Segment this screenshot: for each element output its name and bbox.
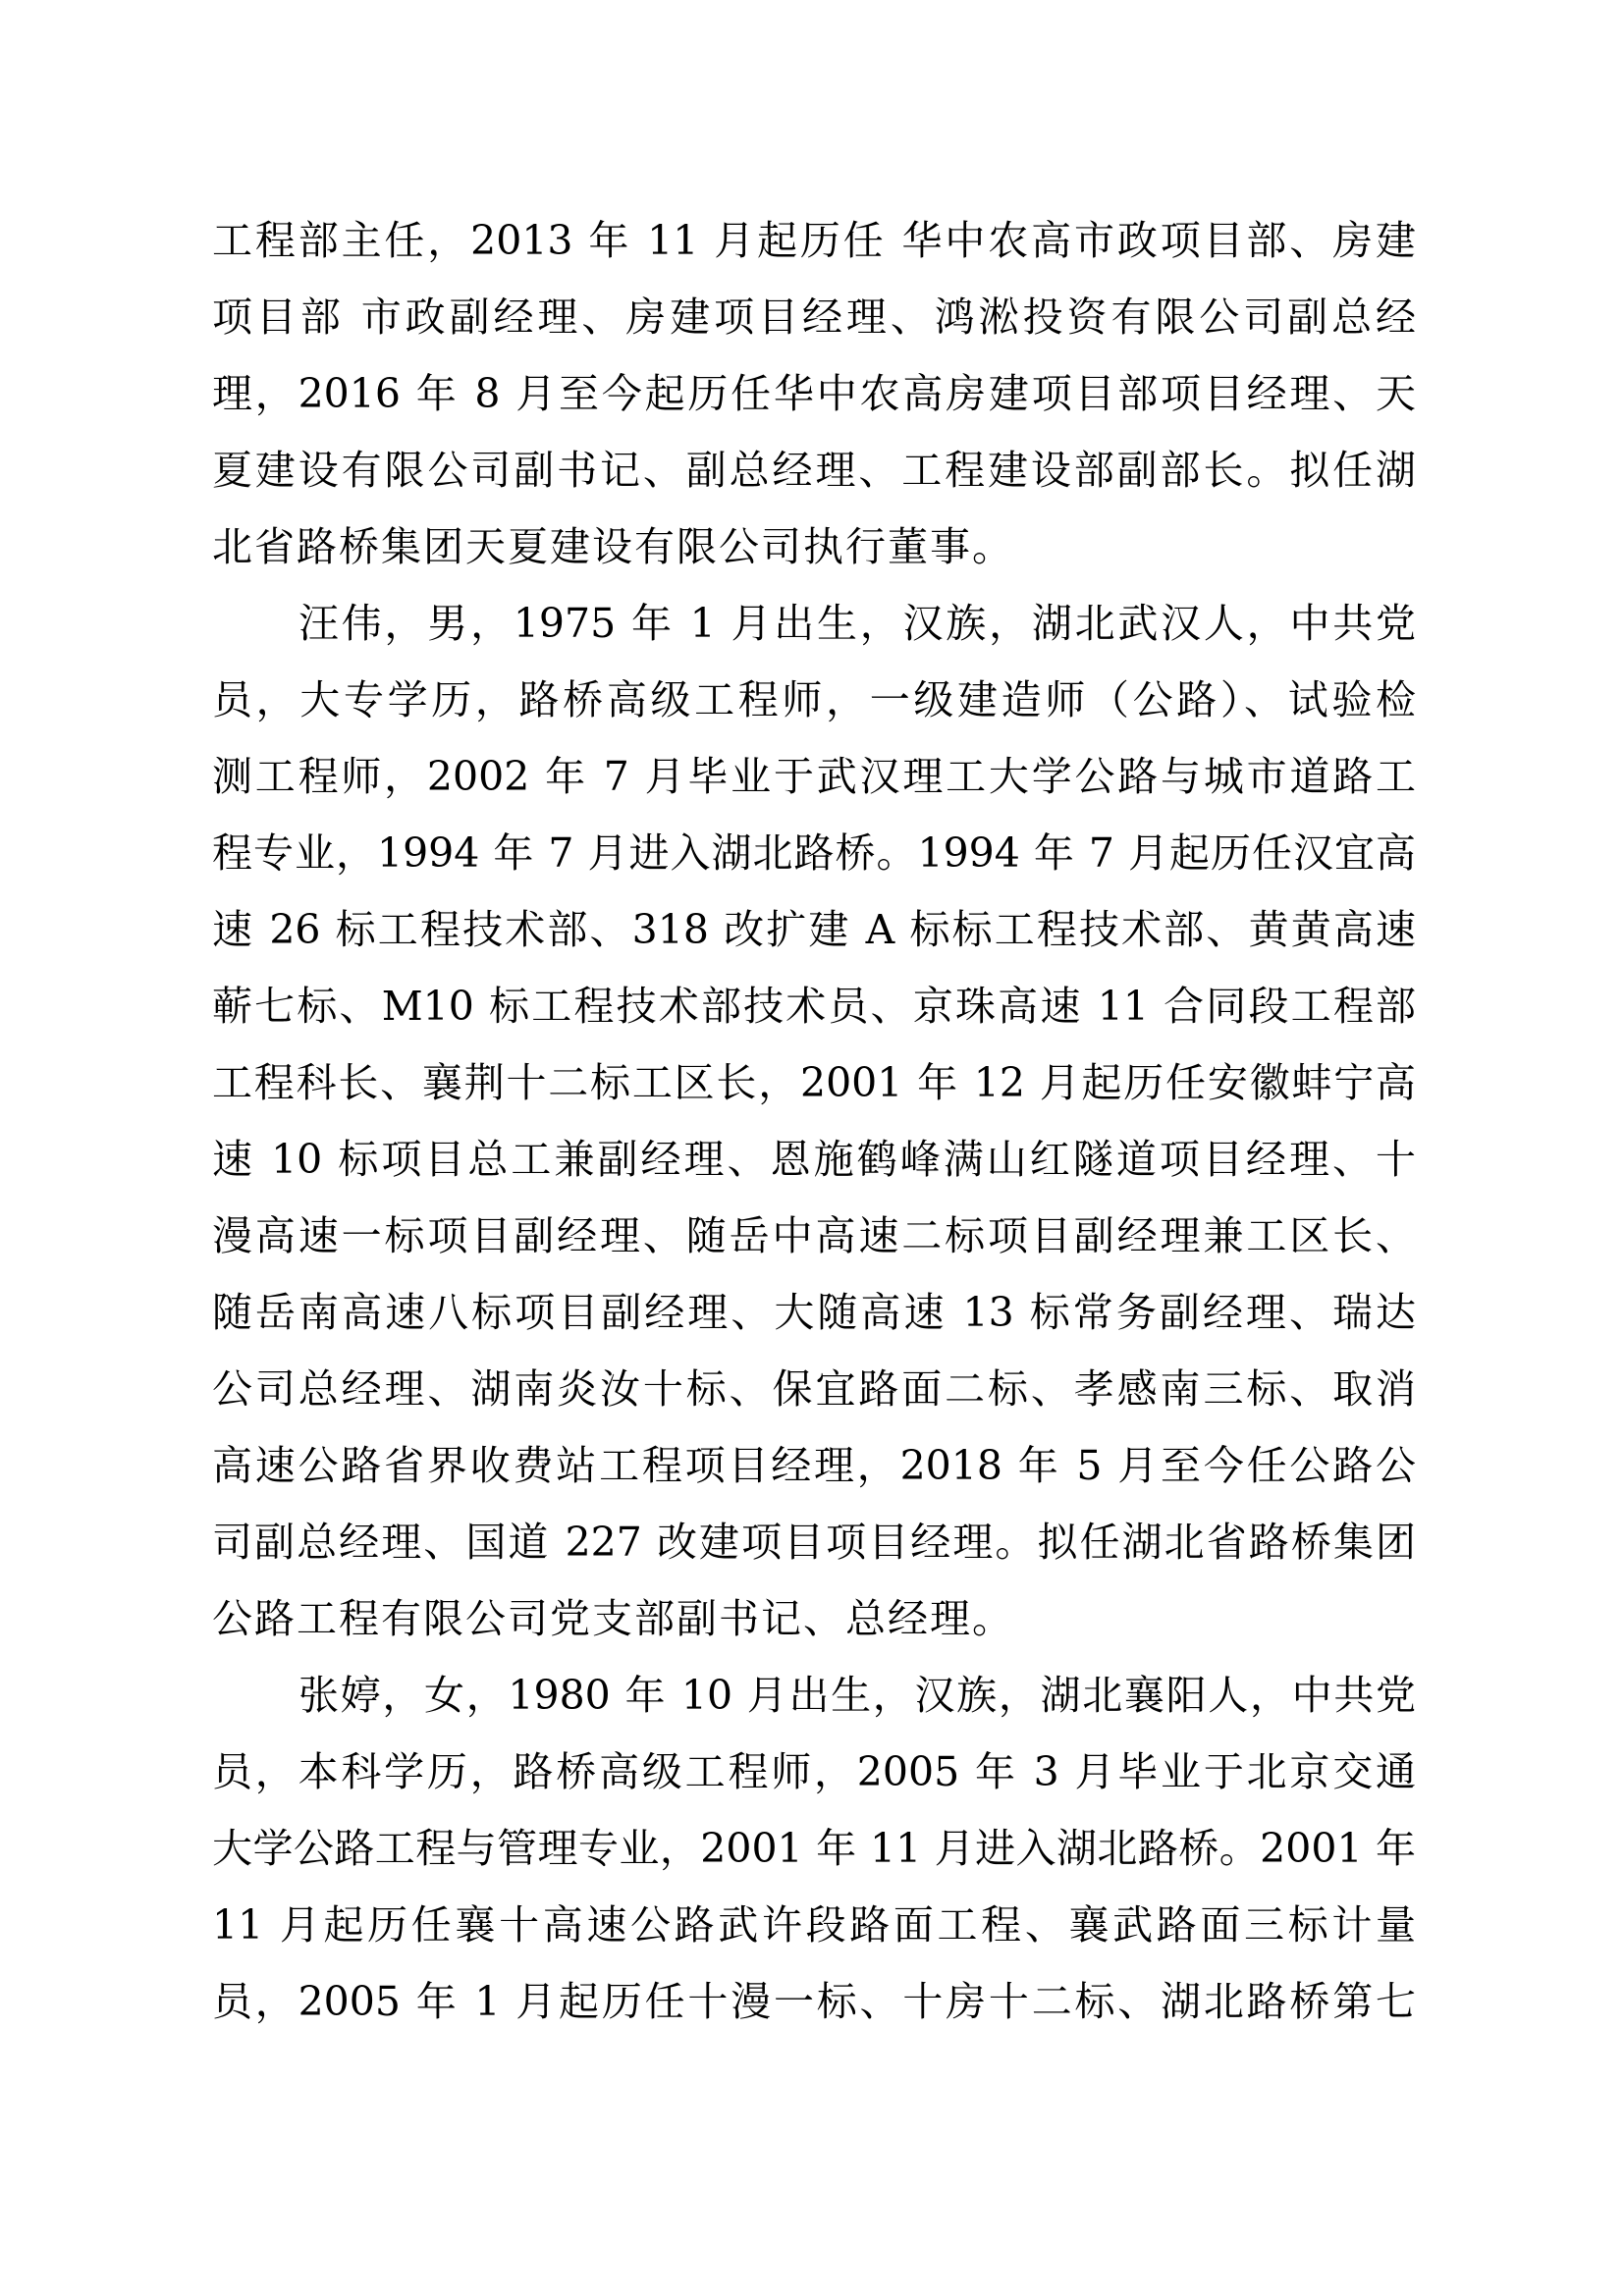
text-line: 项目部 市政副经理、房建项目经理、鸿淞投资有限公司副总经	[212, 279, 1416, 355]
text-line: 大学公路工程与管理专业，2001 年 11 月进入湖北路桥。2001 年	[212, 1810, 1416, 1887]
text-line: 北省路桥集团天夏建设有限公司执行董事。	[212, 508, 1416, 585]
text-line: 漫高速一标项目副经理、随岳中高速二标项目副经理兼工区长、	[212, 1198, 1416, 1274]
text-line: 公路工程有限公司党支部副书记、总经理。	[212, 1580, 1416, 1657]
text-line: 程专业，1994 年 7 月进入湖北路桥。1994 年 7 月起历任汉宜高	[212, 815, 1416, 891]
text-line: 11 月起历任襄十高速公路武许段路面工程、襄武路面三标计量	[212, 1887, 1416, 1963]
text-line: 员，本科学历，路桥高级工程师，2005 年 3 月毕业于北京交通	[212, 1734, 1416, 1810]
text-line: 随岳南高速八标项目副经理、大随高速 13 标常务副经理、瑞达	[212, 1274, 1416, 1351]
text-line: 员，大专学历，路桥高级工程师，一级建造师（公路）、试验检	[212, 662, 1416, 738]
text-line: 速 26 标工程技术部、318 改扩建 A 标标工程技术部、黄黄高速	[212, 891, 1416, 968]
text-line: 理，2016 年 8 月至今起历任华中农高房建项目部项目经理、天	[212, 355, 1416, 432]
text-line: 张婷，女，1980 年 10 月出生，汉族，湖北襄阳人，中共党	[212, 1657, 1416, 1734]
text-line: 速 10 标项目总工兼副经理、恩施鹤峰满山红隧道项目经理、十	[212, 1121, 1416, 1198]
paragraph-wang-wei-bio: 汪伟，男，1975 年 1 月出生，汉族，湖北武汉人，中共党 员，大专学历，路桥…	[212, 585, 1416, 1657]
paragraph-continuation: 工程部主任，2013 年 11 月起历任 华中农高市政项目部、房建 项目部 市政…	[212, 202, 1416, 585]
document-body: 工程部主任，2013 年 11 月起历任 华中农高市政项目部、房建 项目部 市政…	[212, 202, 1416, 2040]
text-line: 夏建设有限公司副书记、副总经理、工程建设部副部长。拟任湖	[212, 432, 1416, 508]
text-line: 员，2005 年 1 月起历任十漫一标、十房十二标、湖北路桥第七	[212, 1963, 1416, 2040]
text-line: 公司总经理、湖南炎汝十标、保宜路面二标、孝感南三标、取消	[212, 1351, 1416, 1427]
document-page: 工程部主任，2013 年 11 月起历任 华中农高市政项目部、房建 项目部 市政…	[0, 0, 1624, 2296]
paragraph-zhang-ting-bio: 张婷，女，1980 年 10 月出生，汉族，湖北襄阳人，中共党 员，本科学历，路…	[212, 1657, 1416, 2040]
text-line: 高速公路省界收费站工程项目经理，2018 年 5 月至今任公路公	[212, 1427, 1416, 1504]
text-line: 汪伟，男，1975 年 1 月出生，汉族，湖北武汉人，中共党	[212, 585, 1416, 662]
text-line: 蕲七标、M10 标工程技术部技术员、京珠高速 11 合同段工程部	[212, 968, 1416, 1044]
text-line: 工程部主任，2013 年 11 月起历任 华中农高市政项目部、房建	[212, 202, 1416, 279]
text-line: 工程科长、襄荆十二标工区长，2001 年 12 月起历任安徽蚌宁高	[212, 1044, 1416, 1121]
text-line: 司副总经理、国道 227 改建项目项目经理。拟任湖北省路桥集团	[212, 1504, 1416, 1580]
text-line: 测工程师，2002 年 7 月毕业于武汉理工大学公路与城市道路工	[212, 738, 1416, 815]
